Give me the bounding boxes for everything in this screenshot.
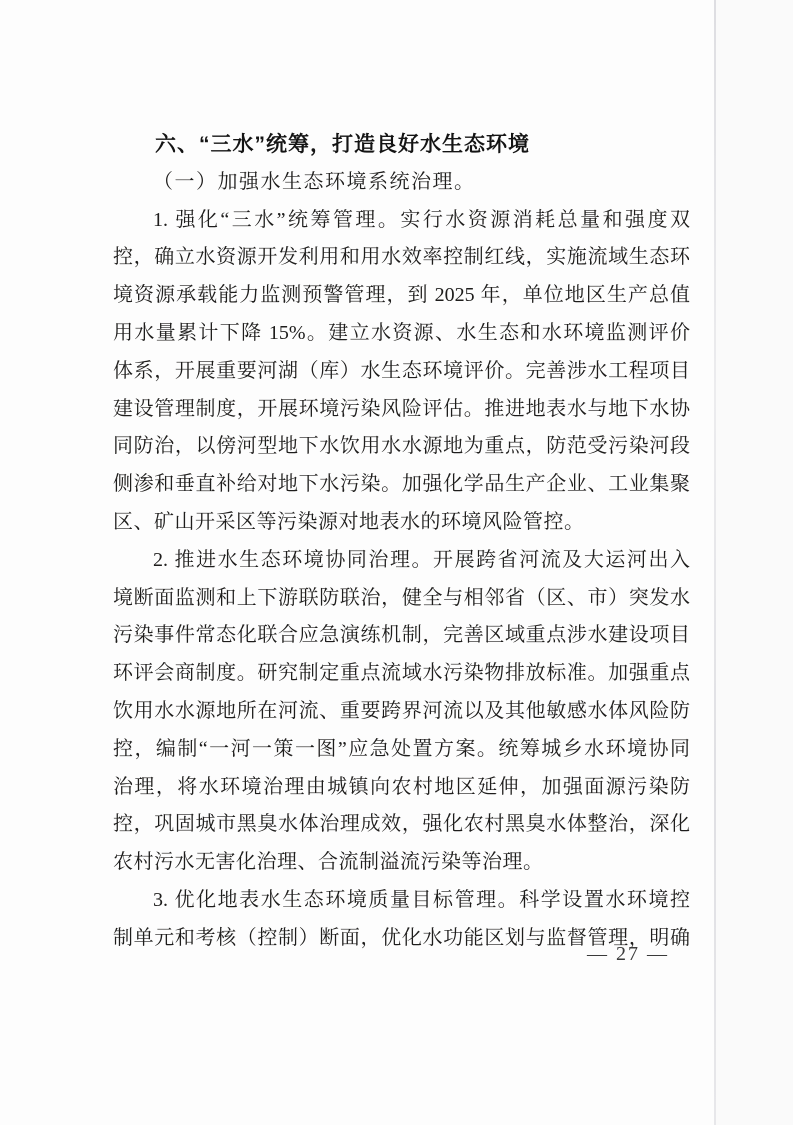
- text-line: 治理，将水环境治理由城镇向农村地区延伸，加强面源污染防: [113, 769, 690, 807]
- text-line: 建设管理制度，开展环境污染风险评估。推进地表水与地下水协: [113, 391, 690, 429]
- document-body: 六、“三水”统筹，打造良好水生态环境（一）加强水生态环境系统治理。1. 强化“三…: [113, 126, 690, 958]
- text-line: 区、矿山开采区等污染源对地表水的环境风险管控。: [113, 504, 690, 542]
- text-line: 环评会商制度。研究制定重点流域水污染物排放标准。加强重点: [113, 655, 690, 693]
- section-heading: 六、“三水”统筹，打造良好水生态环境: [113, 126, 690, 164]
- text-line: 控，巩固城市黑臭水体治理成效，强化农村黑臭水体整治，深化: [113, 806, 690, 844]
- text-line: 体系，开展重要河湖（库）水生态环境评价。完善涉水工程项目: [113, 353, 690, 391]
- scan-artifact-line: [714, 0, 716, 1125]
- text-line: 3. 优化地表水生态环境质量目标管理。科学设置水环境控: [113, 882, 690, 920]
- text-line: 污染事件常态化联合应急演练机制，完善区域重点涉水建设项目: [113, 617, 690, 655]
- text-line: 2. 推进水生态环境协同治理。开展跨省河流及大运河出入: [113, 542, 690, 580]
- document-page: 六、“三水”统筹，打造良好水生态环境（一）加强水生态环境系统治理。1. 强化“三…: [0, 0, 793, 1125]
- text-line: 用水量累计下降 15%。建立水资源、水生态和水环境监测评价: [113, 315, 690, 353]
- text-line: 境断面监测和上下游联防联治，健全与相邻省（区、市）突发水: [113, 580, 690, 618]
- page-number: — 27 —: [566, 943, 690, 966]
- text-line: 境资源承载能力监测预警管理，到 2025 年，单位地区生产总值: [113, 277, 690, 315]
- text-line: 控，确立水资源开发利用和用水效率控制红线，实施流域生态环: [113, 239, 690, 277]
- text-line: 农村污水无害化治理、合流制溢流污染等治理。: [113, 844, 690, 882]
- text-line: （一）加强水生态环境系统治理。: [113, 164, 690, 202]
- text-line: 同防治，以傍河型地下水饮用水水源地为重点，防范受污染河段: [113, 428, 690, 466]
- text-line: 控，编制“一河一策一图”应急处置方案。统筹城乡水环境协同: [113, 731, 690, 769]
- text-line: 1. 强化“三水”统筹管理。实行水资源消耗总量和强度双: [113, 202, 690, 240]
- text-line: 饮用水水源地所在河流、重要跨界河流以及其他敏感水体风险防: [113, 693, 690, 731]
- page-edge-shade: [716, 0, 793, 1125]
- text-line: 侧渗和垂直补给对地下水污染。加强化学品生产企业、工业集聚: [113, 466, 690, 504]
